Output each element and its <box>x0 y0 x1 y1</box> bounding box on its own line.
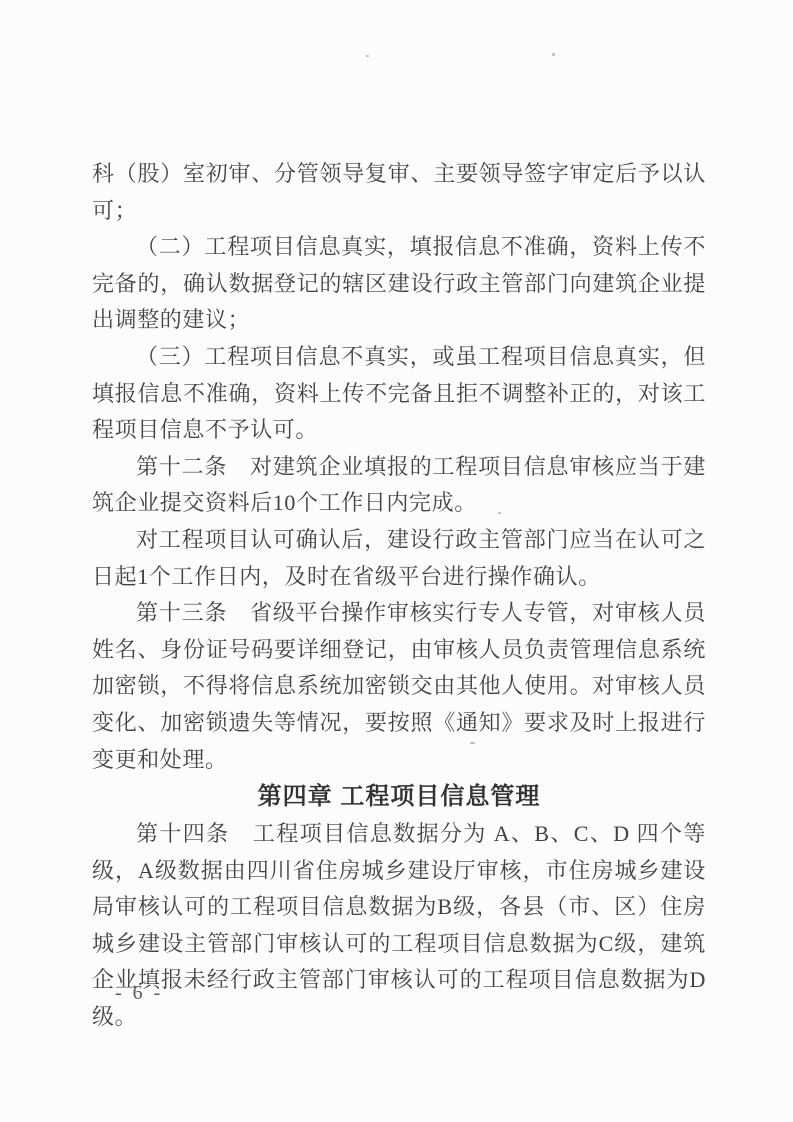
scan-speck <box>366 55 369 57</box>
scan-speck <box>552 53 555 56</box>
chapter-heading: 第四章 工程项目信息管理 <box>92 778 706 816</box>
paragraph-article-12: 第十二条 对建筑企业填报的工程项目信息审核应当于建筑企业提交资料后10个工作日内… <box>92 449 706 522</box>
paragraph-item-3: （三）工程项目信息不真实，或虽工程项目信息真实，但填报信息不准确，资料上传不完备… <box>92 339 706 449</box>
paragraph-article-14: 第十四条 工程项目信息数据分为 A、B、C、D 四个等级，A级数据由四川省住房城… <box>92 816 706 1036</box>
scanned-document-page: 科（股）室初审、分管领导复审、主要领导签字审定后予以认可； （二）工程项目信息真… <box>0 0 793 1122</box>
page-number: - 6 - <box>115 982 163 1005</box>
paragraph-continuation: 科（股）室初审、分管领导复审、主要领导签字审定后予以认可； <box>92 156 706 229</box>
paragraph-article-12b: 对工程项目认可确认后，建设行政主管部门应当在认可之日起1个工作日内，及时在省级平… <box>92 522 706 595</box>
paragraph-article-13: 第十三条 省级平台操作审核实行专人专管，对审核人员姓名、身份证号码要详细登记，由… <box>92 595 706 778</box>
document-body: 科（股）室初审、分管领导复审、主要领导签字审定后予以认可； （二）工程项目信息真… <box>92 156 706 1036</box>
paragraph-item-2: （二）工程项目信息真实，填报信息不准确，资料上传不完备的，确认数据登记的辖区建设… <box>92 229 706 339</box>
